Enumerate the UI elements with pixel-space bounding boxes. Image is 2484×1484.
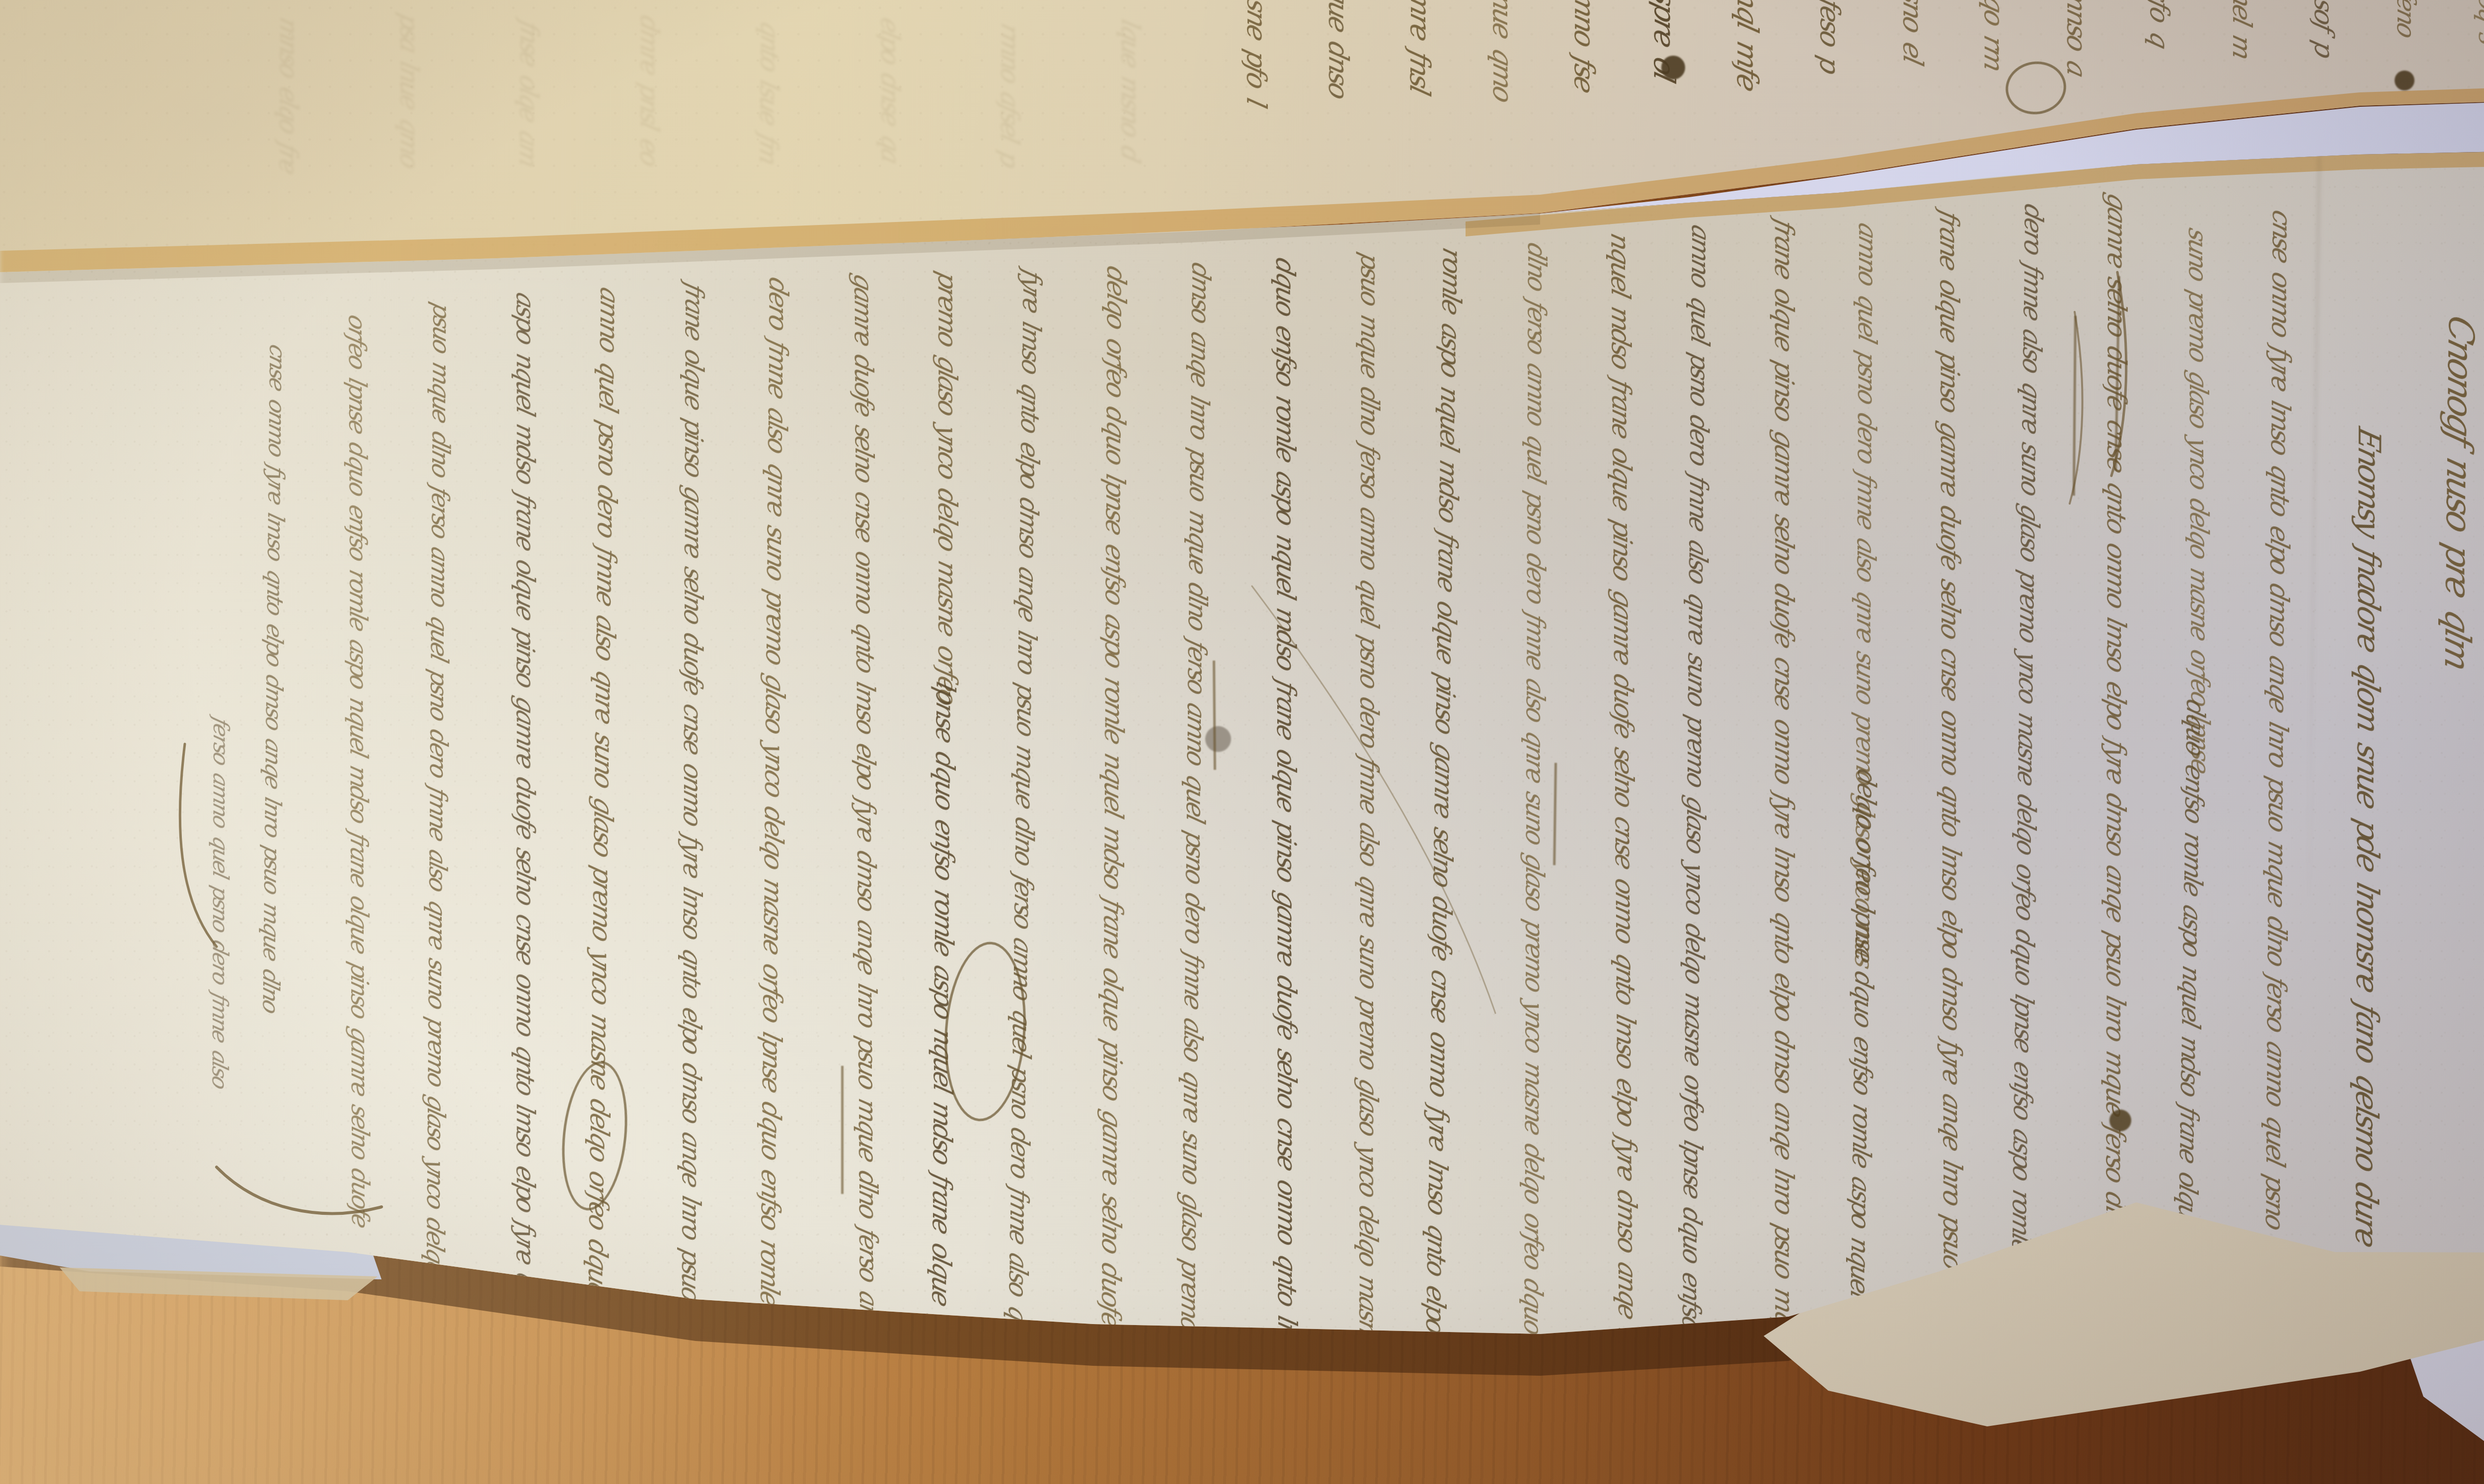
pen-flourish — [1252, 586, 1495, 1013]
underline-stroke — [841, 1066, 844, 1194]
ink-blot — [1661, 56, 1685, 79]
pen-flourish — [217, 1167, 382, 1213]
pen-flourishes — [0, 0, 2484, 1484]
ink-annotations — [0, 0, 2484, 1484]
manuscript-photo: mnso elqo frepsa lnue qmofnse olqe amdmr… — [0, 0, 2484, 1484]
pen-flourish — [180, 744, 217, 947]
ink-blot — [2395, 71, 2414, 90]
ink-blot — [1205, 726, 1231, 752]
ink-blot — [2109, 1110, 2131, 1131]
